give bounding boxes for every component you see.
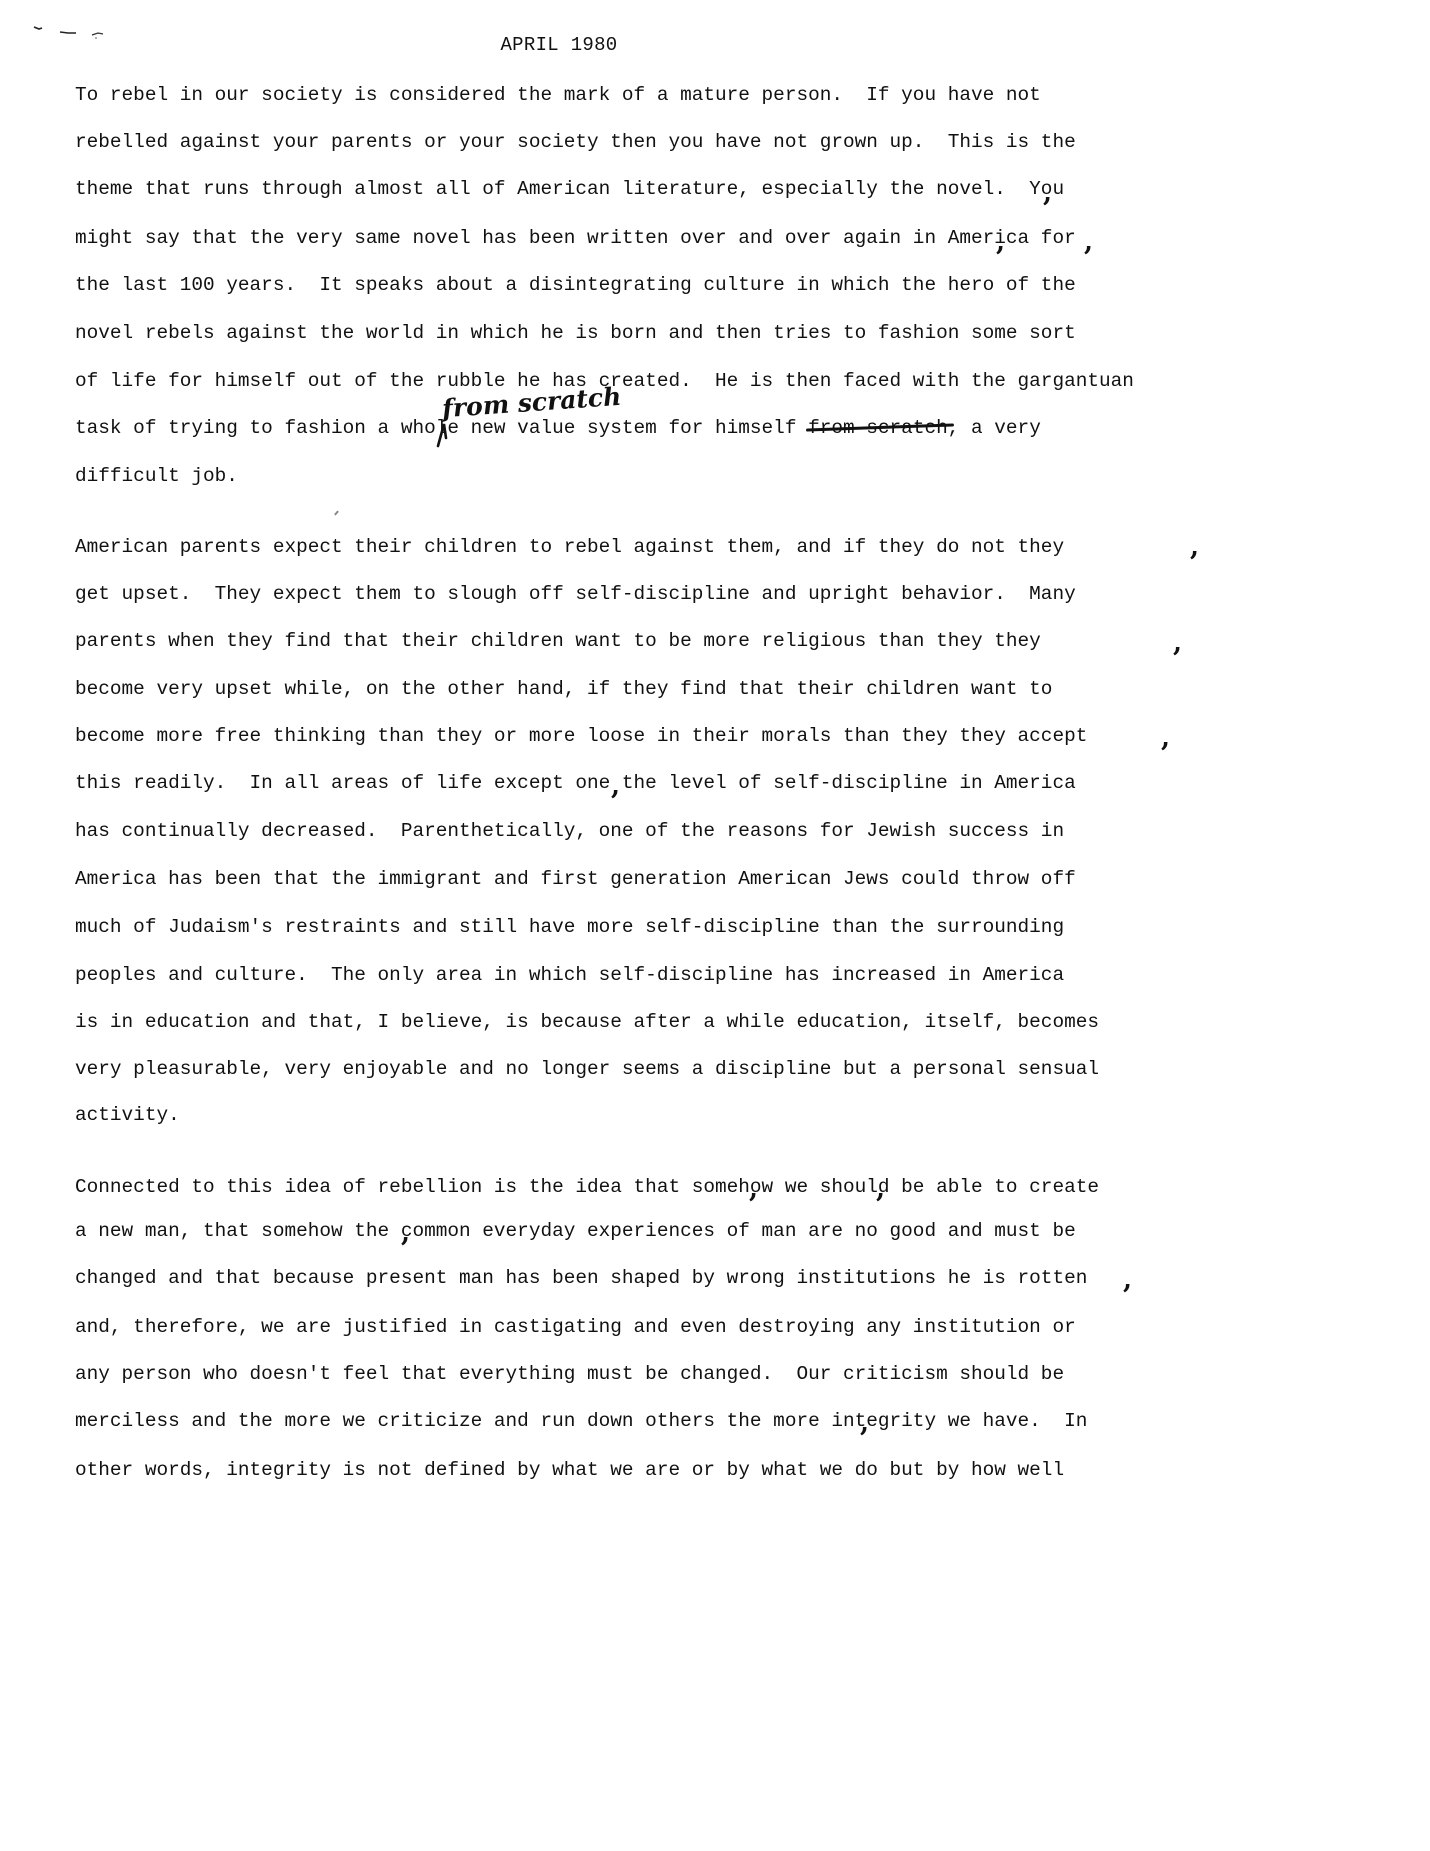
text-line: much of Judaism's restraints and still h…	[75, 915, 1064, 939]
text-line: parents when they find that their childr…	[75, 629, 1041, 653]
text-line: novel rebels against the world in which …	[75, 321, 1076, 345]
handwritten-comma: ,	[611, 773, 620, 799]
stray-pen-mark	[334, 510, 339, 515]
text-line: become more free thinking than they or m…	[75, 724, 1087, 748]
text-line: a new man, that somehow the common every…	[75, 1219, 1076, 1243]
text-line: American parents expect their children t…	[75, 535, 1064, 559]
text-line: America has been that the immigrant and …	[75, 867, 1076, 891]
handwritten-comma: ,	[1084, 229, 1093, 255]
handwritten-comma: ,	[1190, 534, 1199, 560]
text-line: any person who doesn't feel that everyth…	[75, 1362, 1064, 1386]
text-line: activity.	[75, 1103, 180, 1127]
text-line: other words, integrity is not defined by…	[75, 1458, 1064, 1482]
text-line: Connected to this idea of rebellion is t…	[75, 1175, 1099, 1199]
text-line: To rebel in our society is considered th…	[75, 83, 1041, 107]
handwritten-comma: ,	[1161, 725, 1170, 751]
handwritten-comma: ,	[996, 229, 1005, 255]
text-line: rebelled against your parents or your so…	[75, 130, 1076, 154]
line-text-tail: , a very	[948, 417, 1041, 439]
handwritten-comma: ,	[1123, 1267, 1132, 1293]
text-line: this readily. In all areas of life excep…	[75, 771, 1076, 795]
text-line: has continually decreased. Parenthetical…	[75, 819, 1064, 843]
handwritten-comma: ,	[876, 1176, 885, 1202]
text-line: the last 100 years. It speaks about a di…	[75, 273, 1076, 297]
document-date-header: APRIL 1980	[0, 34, 1430, 56]
text-line: task of trying to fashion a whole new va…	[75, 416, 1041, 440]
text-line: changed and that because present man has…	[75, 1266, 1087, 1290]
handwritten-comma: ,	[1043, 180, 1052, 206]
handwritten-comma: ,	[1173, 630, 1182, 656]
handwritten-comma: ,	[749, 1176, 758, 1202]
text-line: get upset. They expect them to slough of…	[75, 582, 1076, 606]
text-line: peoples and culture. The only area in wh…	[75, 963, 1064, 987]
text-line: merciless and the more we criticize and …	[75, 1409, 1087, 1433]
text-line: and, therefore, we are justified in cast…	[75, 1315, 1076, 1339]
document-page: APRIL 1980 To rebel in our society is co…	[0, 0, 1430, 1851]
text-line: difficult job.	[75, 464, 238, 488]
insertion-caret-mark	[434, 420, 454, 448]
text-line: theme that runs through almost all of Am…	[75, 177, 1064, 201]
struck-out-text: from scratch	[808, 416, 948, 440]
handwritten-comma: ,	[860, 1410, 869, 1436]
handwritten-comma: ,	[401, 1220, 410, 1246]
text-line: become very upset while, on the other ha…	[75, 677, 1052, 701]
text-line: might say that the very same novel has b…	[75, 226, 1076, 250]
text-line: is in education and that, I believe, is …	[75, 1010, 1099, 1034]
text-line: very pleasurable, very enjoyable and no …	[75, 1057, 1099, 1081]
